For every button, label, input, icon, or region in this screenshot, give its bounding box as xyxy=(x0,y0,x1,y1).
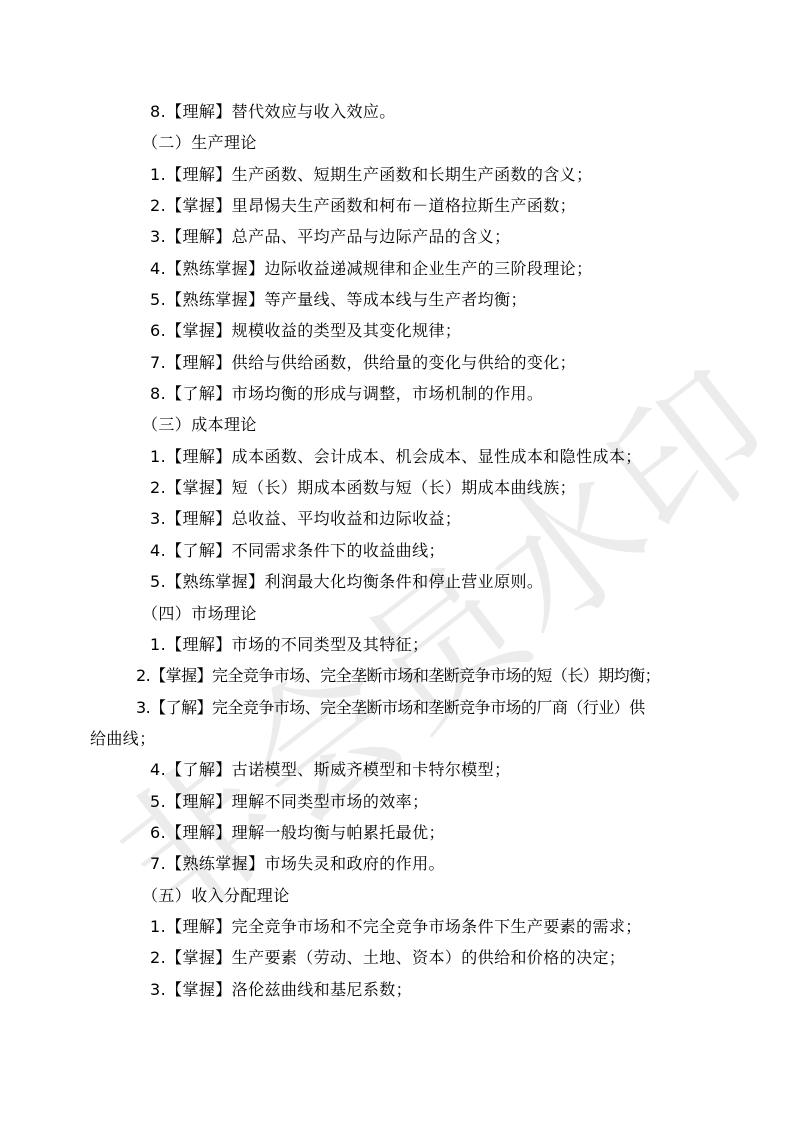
text-line: 6.【理解】理解一般均衡与帕累托最优； xyxy=(90,817,706,848)
document-page: 非会员水印 8.【理解】替代效应与收入效应。（二）生产理论1.【理解】生产函数、… xyxy=(0,0,793,1122)
text-line: 7.【熟练掌握】市场失灵和政府的作用。 xyxy=(90,848,706,879)
text-line: 3.【理解】总产品、平均产品与边际产品的含义； xyxy=(90,221,706,252)
section-heading: （四）市场理论 xyxy=(90,598,706,629)
section-heading: （五）收入分配理论 xyxy=(90,880,706,911)
document-body: 8.【理解】替代效应与收入效应。（二）生产理论1.【理解】生产函数、短期生产函数… xyxy=(90,96,706,1005)
text-line: 8.【了解】市场均衡的形成与调整，市场机制的作用。 xyxy=(90,378,706,409)
text-line: 1.【理解】生产函数、短期生产函数和长期生产函数的含义； xyxy=(90,159,706,190)
text-line: 5.【熟练掌握】利润最大化均衡条件和停止营业原则。 xyxy=(90,566,706,597)
text-line: 3.【了解】完全竞争市场、完全垄断市场和垄断竞争市场的厂商（行业）供 xyxy=(90,692,706,723)
text-line: 2.【掌握】里昂惕夫生产函数和柯布－道格拉斯生产函数； xyxy=(90,190,706,221)
text-line: 1.【理解】成本函数、会计成本、机会成本、显性成本和隐性成本； xyxy=(90,441,706,472)
section-heading: （三）成本理论 xyxy=(90,409,706,440)
section-heading: （二）生产理论 xyxy=(90,127,706,158)
text-line: 1.【理解】市场的不同类型及其特征； xyxy=(90,629,706,660)
text-line: 5.【熟练掌握】等产量线、等成本线与生产者均衡； xyxy=(90,284,706,315)
text-line: 2.【掌握】完全竞争市场、完全垄断市场和垄断竞争市场的短（长）期均衡； xyxy=(90,660,706,691)
text-line: 7.【理解】供给与供给函数，供给量的变化与供给的变化； xyxy=(90,347,706,378)
text-line: 5.【理解】理解不同类型市场的效率； xyxy=(90,786,706,817)
text-line: 2.【掌握】短（长）期成本函数与短（长）期成本曲线族； xyxy=(90,472,706,503)
text-line: 4.【熟练掌握】边际收益递减规律和企业生产的三阶段理论； xyxy=(90,253,706,284)
text-line: 4.【了解】不同需求条件下的收益曲线； xyxy=(90,535,706,566)
text-line: 2.【掌握】生产要素（劳动、土地、资本）的供给和价格的决定； xyxy=(90,942,706,973)
text-line: 3.【理解】总收益、平均收益和边际收益； xyxy=(90,503,706,534)
text-line: 3.【掌握】洛伦兹曲线和基尼系数； xyxy=(90,974,706,1005)
text-line: 8.【理解】替代效应与收入效应。 xyxy=(90,96,706,127)
text-line: 1.【理解】完全竞争市场和不完全竞争市场条件下生产要素的需求； xyxy=(90,911,706,942)
text-line: 给曲线； xyxy=(90,723,706,754)
text-line: 6.【掌握】规模收益的类型及其变化规律； xyxy=(90,315,706,346)
text-line: 4.【了解】古诺模型、斯威齐模型和卡特尔模型； xyxy=(90,754,706,785)
